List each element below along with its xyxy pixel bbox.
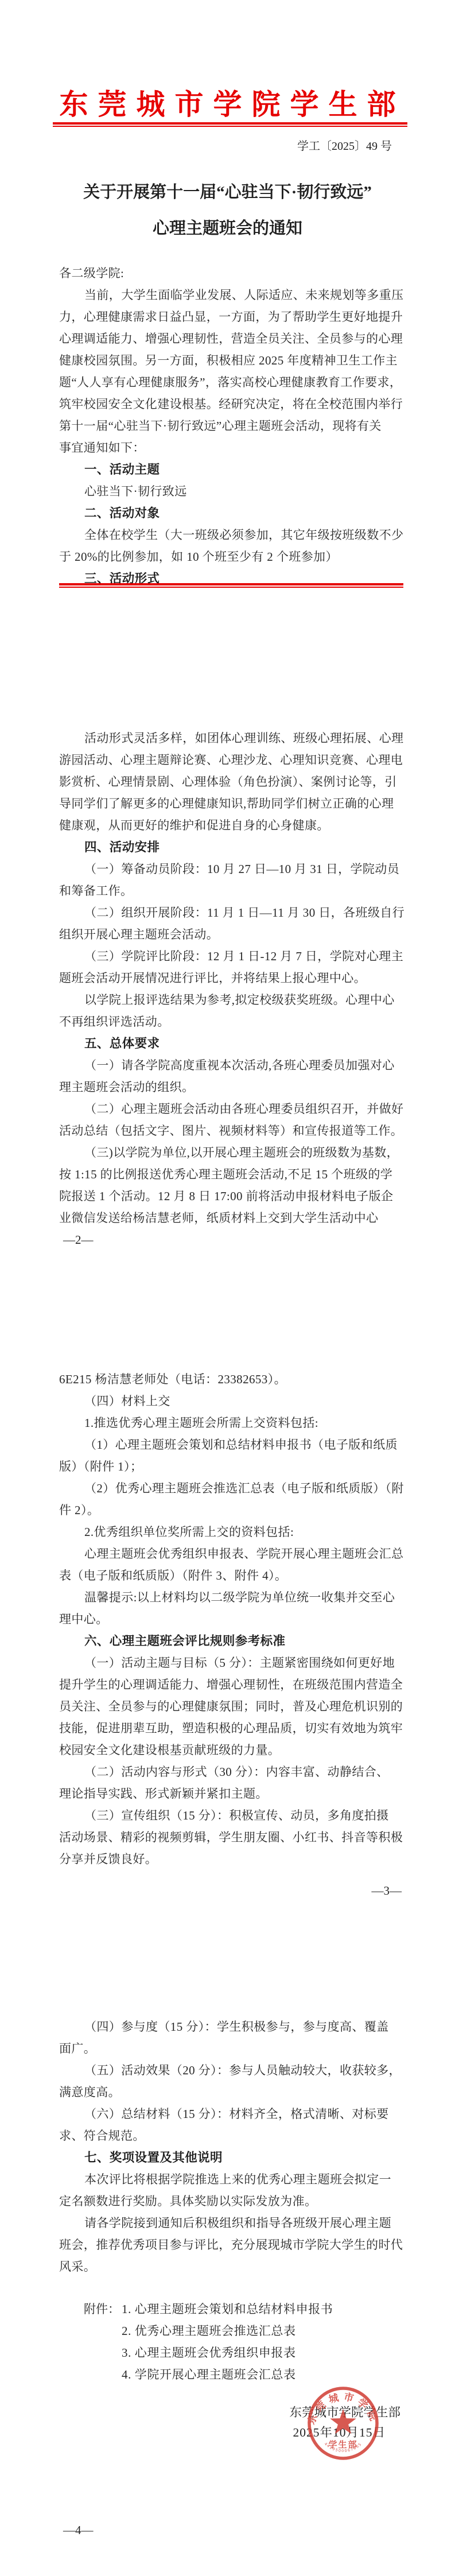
doc-line: 活动场景、精彩的视频剪辑，学生朋友圈、小红书、抖音等积极: [59, 1826, 406, 1848]
doc-line: 表（电子版和纸质版）（附件 3、附件 4）。: [59, 1565, 406, 1586]
doc-line: 按 1:15 的比例报送优秀心理主题班会活动,不足 15 个班级的学: [59, 1163, 406, 1185]
doc-line: 力，心理健康需求日益凸显，一方面，为了帮助学生更好地提升: [59, 306, 406, 328]
doc-line: 满意度高。: [59, 2081, 406, 2103]
doc-line: 事宜通知如下：: [59, 437, 406, 459]
doc-line: 理中心。: [59, 1608, 406, 1630]
doc-line: （二）活动内容与形式（30 分）：内容丰富、动静结合、: [59, 1761, 406, 1783]
doc-line: 心理调适能力、增强心理韧性，营造全员关注、全员参与的心理: [59, 328, 406, 350]
doc-line: （1）心理主题班会策划和总结材料申报书（电子版和纸质: [59, 1434, 406, 1456]
doc-line: 理论指导实践、形式新颖并紧扣主题。: [59, 1783, 406, 1805]
doc-line: 健康校园氛围。另一方面，积极相应 2025 年度精神卫生工作主: [59, 350, 406, 371]
doc-line: 心理主题班会优秀组织申报表、学院开展心理主题班会汇总: [59, 1543, 406, 1565]
page3-body: 6E215 杨洁慧老师处（电话：23382653）。（四）材料上交1.推选优秀心…: [59, 1368, 406, 1870]
doc-line: 第十一届“心驻当下·韧行致远”心理主题班会活动，现将有关: [59, 415, 406, 437]
doc-line: 分享并反馈良好。: [59, 1848, 406, 1870]
doc-line: 版）（附件 1）；: [59, 1456, 406, 1477]
page-number-3: —3—: [372, 1884, 402, 1898]
doc-line: 院报送 1 个活动。12 月 8 日 17:00 前将活动申报材料电子版企: [59, 1185, 406, 1207]
doc-line: 游园活动、心理主题辩论赛、心理沙龙、心理知识竞赛、心理电: [59, 749, 406, 771]
page1-bottom-red-line: [59, 583, 403, 588]
doc-line: 温馨提示:以上材料均以二级学院为单位统一收集并交至心: [59, 1586, 406, 1608]
doc-line: 6E215 杨洁慧老师处（电话：23382653）。: [59, 1368, 406, 1390]
seal-star-icon: [330, 2409, 356, 2434]
doc-line: 活动形式灵活多样，如团体心理训练、班级心理拓展、心理: [59, 727, 406, 749]
doc-line: 不再组织评选活动。: [59, 1011, 406, 1033]
doc-line: （一）请各学院高度重视本次活动,各班心理委员加强对心: [59, 1054, 406, 1076]
page2-body: 活动形式灵活多样，如团体心理训练、班级心理拓展、心理游园活动、心理主题辩论赛、心…: [59, 727, 406, 1229]
document-number: 学工〔2025〕49 号: [297, 137, 392, 153]
doc-line: 定名额数进行奖励。具体奖励以实际发放为准。: [59, 2190, 406, 2212]
attachment-item: 2. 优秀心理主题班会推选汇总表: [122, 2320, 353, 2342]
doc-line: 影赏析、心理情景剧、心理体验（角色扮演）、案例讨论等，引: [59, 771, 406, 793]
doc-line: （二）心理主题班会活动由各班心理委员组织召开，并做好: [59, 1098, 406, 1120]
doc-line: 件 2）。: [59, 1499, 406, 1521]
letterhead-issuer: 东莞城市学院学生部: [0, 82, 455, 123]
doc-line: 六、心理主题班会评比规则参考标准: [59, 1630, 406, 1652]
doc-line: （五）活动效果（20 分）：参与人员触动较大，收获较多，: [59, 2059, 406, 2081]
doc-line: 于 20%的比例参加，如 10 个班至少有 2 个班参加）: [59, 546, 406, 568]
doc-line: 以学院上报评选结果为参考,拟定校级获奖班级。心理中心: [59, 989, 406, 1011]
doc-line: 1.推选优秀心理主题班会所需上交资料包括:: [59, 1412, 406, 1434]
page-number-2: —2—: [63, 1233, 94, 1247]
doc-line: 七、奖项设置及其他说明: [59, 2147, 406, 2168]
doc-line: （2）优秀心理主题班会推选汇总表（电子版和纸质版）（附: [59, 1477, 406, 1499]
attachment-item: 1. 心理主题班会策划和总结材料申报书: [122, 2298, 353, 2320]
doc-line: 导同学们了解更多的心理健康知识,帮助同学们树立正确的心理: [59, 793, 406, 814]
official-notice-document: 东莞城市学院学生部 学工〔2025〕49 号 关于开展第十一届“心驻当下·韧行致…: [0, 0, 455, 2576]
doc-line: 活动总结（包括文字、图片、视频材料等）和宣传报道等工作。: [59, 1120, 406, 1142]
letterhead-divider-line: [53, 122, 407, 127]
doc-line: （四）材料上交: [59, 1390, 406, 1412]
doc-line: 请各学院接到通知后积极组织和指导各班级开展心理主题: [59, 2212, 406, 2234]
attachment-item: 3. 心理主题班会优秀组织申报表: [122, 2342, 353, 2364]
doc-line: 健康观，从而更好的维护和促进自身的心身健康。: [59, 814, 406, 836]
doc-line: 班会，推荐优秀项目参与评比，充分展现城市学院大学生的时代: [59, 2234, 406, 2256]
doc-line: （三)以学院为单位,以开展心理主题班会的班级数为基数，: [59, 1142, 406, 1163]
attachments-block: 附件： 1. 心理主题班会策划和总结材料申报书2. 优秀心理主题班会推选汇总表3…: [84, 2298, 353, 2385]
notice-title-line2: 心理主题班会的通知: [0, 215, 455, 239]
doc-line: 理主题班会活动的组织。: [59, 1076, 406, 1098]
doc-line: （二）组织开展阶段：11 月 1 日—11 月 30 日，各班级自行: [59, 902, 406, 924]
official-seal: 东莞城市学院 学生部 4419500067865: [300, 2380, 386, 2466]
doc-line: （三）宣传组织（15 分）：积极宣传、动员，多角度拍摄: [59, 1805, 406, 1826]
page1-body: 各二级学院:当前，大学生面临学业发展、人际适应、未来规划等多重压力，心理健康需求…: [59, 262, 406, 589]
doc-line: 技能，促进朋辈互助，塑造积极的心理品质，切实有效地为筑牢: [59, 1717, 406, 1739]
doc-line: 本次评比将根据学院推选上来的优秀心理主题班会拟定一: [59, 2168, 406, 2190]
doc-line: 员关注、全员参与的心理健康氛围；同时，普及心理危机识别的: [59, 1696, 406, 1717]
notice-title-line1: 关于开展第十一届“心驻当下·韧行致远”: [0, 179, 455, 203]
doc-line: 求、符合规范。: [59, 2125, 406, 2147]
doc-line: 心驻当下·韧行致远: [59, 480, 406, 502]
doc-line: 2.优秀组织单位奖所需上交的资料包括:: [59, 1521, 406, 1543]
page-number-4: —4—: [63, 2523, 94, 2538]
doc-line: 提升学生的心理调适能力、增强心理韧性，在班级范围内营造全: [59, 1674, 406, 1696]
doc-line: 校园安全文化建设根基贡献班级的力量。: [59, 1739, 406, 1761]
doc-line: 二、活动对象: [59, 502, 406, 524]
doc-line: 风采。: [59, 2256, 406, 2278]
doc-line: 面广。: [59, 2038, 406, 2059]
doc-line: 全体在校学生（大一班级必须参加，其它年级按班级数不少: [59, 524, 406, 546]
doc-line: 业微信发送给杨洁慧老师，纸质材料上交到大学生活动中心: [59, 1207, 406, 1229]
doc-line: 当前，大学生面临学业发展、人际适应、未来规划等多重压: [59, 284, 406, 306]
doc-line: 题班会活动开展情况进行评比，并将结果上报心理中心。: [59, 967, 406, 989]
doc-line: 一、活动主题: [59, 459, 406, 480]
doc-line: （一）活动主题与目标（5 分）：主题紧密围绕如何更好地: [59, 1652, 406, 1674]
doc-line: 和筹备工作。: [59, 880, 406, 902]
doc-line: 四、活动安排: [59, 836, 406, 858]
doc-line: 各二级学院:: [59, 262, 406, 284]
doc-line: 五、总体要求: [59, 1033, 406, 1054]
doc-line: 题“人人享有心理健康服务”，落实高校心理健康教育工作要求，: [59, 371, 406, 393]
doc-line: （四）参与度（15 分）：学生积极参与，参与度高、覆盖: [59, 2016, 406, 2038]
attachments-label: 附件：: [84, 2298, 120, 2320]
doc-line: （六）总结材料（15 分）：材料齐全，格式清晰、对标要: [59, 2103, 406, 2125]
doc-line: 筑牢校园安全文化建设根基。经研究决定，将在全校范围内举行: [59, 393, 406, 415]
doc-line: 组织开展心理主题班会活动。: [59, 924, 406, 945]
doc-line: （一）筹备动员阶段：10 月 27 日—10 月 31 日，学院动员: [59, 858, 406, 880]
page4-body: （四）参与度（15 分）：学生积极参与，参与度高、覆盖面广。（五）活动效果（20…: [59, 2016, 406, 2278]
doc-line: （三）学院评比阶段：12 月 1 日-12 月 7 日，学院对心理主: [59, 945, 406, 967]
attachments-list: 1. 心理主题班会策划和总结材料申报书2. 优秀心理主题班会推选汇总表3. 心理…: [122, 2298, 353, 2385]
